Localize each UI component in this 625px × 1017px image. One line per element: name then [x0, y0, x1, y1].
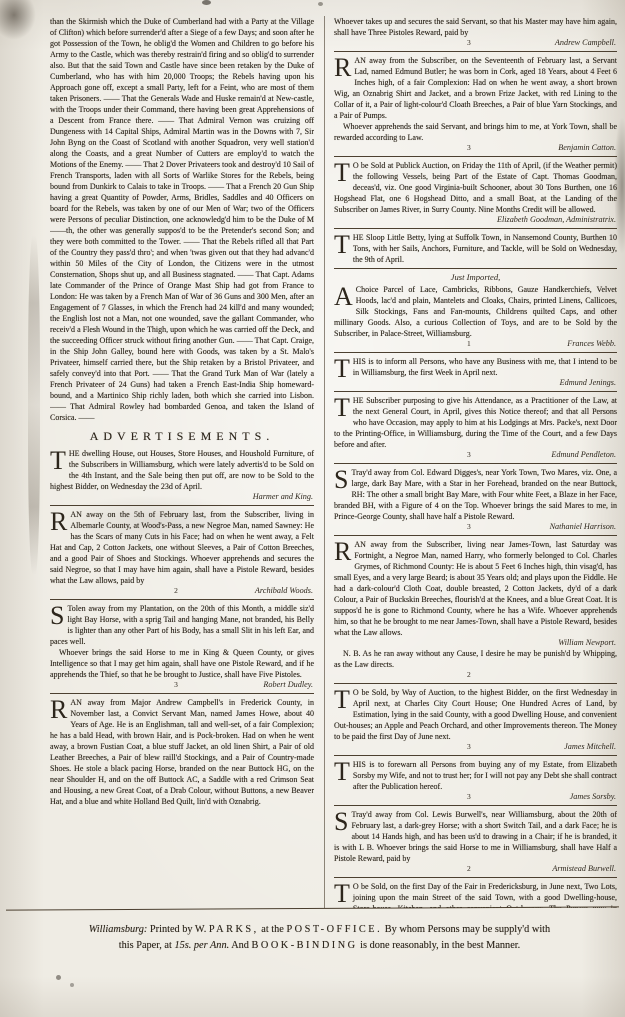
- ad-harmer-king: THE dwelling House, out Houses, Store Ho…: [50, 448, 314, 502]
- subscription-price: 15s.: [174, 940, 191, 951]
- ad-signature: Andrew Campbell.: [555, 38, 616, 48]
- drop-cap: T: [50, 449, 66, 472]
- right-column: Whoever takes up and secures the said Se…: [324, 16, 617, 908]
- scan-smudge-right-edge: [614, 118, 625, 253]
- ad-text: O be Sold at Publick Auction, on Friday …: [334, 161, 617, 214]
- ad-stolen-horse: STolen away from my Plantation, on the 2…: [50, 603, 314, 690]
- drop-cap: T: [334, 396, 350, 419]
- left-column: than the Skirmish which the Duke of Cumb…: [50, 16, 314, 908]
- ad-text: Whoever takes up and secures the said Se…: [334, 16, 617, 38]
- divider-rule: [334, 805, 617, 806]
- ad-charles-city-land: TO be Sold, by Way of Auction, to the hi…: [334, 687, 617, 752]
- ad-text: HIS is to inform all Persons, who have a…: [353, 357, 617, 377]
- ad-signature: Nathaniel Harrison.: [550, 522, 616, 532]
- drop-cap: S: [50, 604, 64, 627]
- ad-text-2: Whoever apprehends the said Servant, and…: [334, 121, 617, 143]
- ad-signature: Robert Dudley.: [263, 680, 313, 690]
- ad-text: Tray'd away from Col. Edward Digges's, n…: [334, 468, 617, 521]
- drop-cap: T: [334, 688, 350, 711]
- ad-signature: William Newport.: [558, 638, 616, 648]
- drop-cap: R: [334, 540, 351, 563]
- divider-rule: [334, 683, 617, 684]
- drop-cap: A: [334, 285, 353, 308]
- scan-smudge-ink-blot: [55, 495, 255, 547]
- drop-cap: T: [334, 760, 350, 783]
- ad-just-imported: Just Imported, AChoice Parcel of Lace, C…: [334, 272, 617, 349]
- divider-rule: [334, 268, 617, 269]
- scan-speck: [318, 2, 323, 6]
- ad-text: AN away from Major Andrew Campbell's in …: [50, 698, 314, 806]
- ad-text: O be Sold, by Way of Auction, to the hig…: [334, 688, 617, 741]
- divider-rule: [50, 693, 314, 694]
- advertisements-heading: ADVERTISEMENTS.: [50, 429, 314, 444]
- insertion-mark: 3: [467, 450, 471, 460]
- ad-text: Tolen away from my Plantation, on the 20…: [50, 604, 314, 646]
- drop-cap: T: [334, 882, 350, 905]
- just-imported-heading: Just Imported,: [334, 272, 617, 283]
- scan-speck: [202, 0, 211, 5]
- ad-strayed-digges: STray'd away from Col. Edward Digges's, …: [334, 467, 617, 532]
- imprint-city: Williamsburg:: [89, 924, 148, 935]
- newspaper-columns: than the Skirmish which the Duke of Cumb…: [50, 16, 617, 908]
- divider-rule: [50, 599, 314, 600]
- post-office-label: POST-OFFICE.: [286, 924, 382, 935]
- insertion-mark: 2: [467, 864, 471, 874]
- drop-cap: R: [50, 698, 67, 721]
- insertion-mark: 3: [467, 742, 471, 752]
- ad-goodman-auction: TO be Sold at Publick Auction, on Friday…: [334, 160, 617, 225]
- divider-rule: [334, 352, 617, 353]
- ad-text: Choice Parcel of Lace, Cambricks, Ribbon…: [334, 285, 617, 338]
- ad-signature: Benjamin Catton.: [558, 143, 616, 153]
- drop-cap: R: [334, 56, 351, 79]
- book-binding-label: BOOK-BINDING: [252, 940, 358, 951]
- drop-cap: S: [334, 468, 348, 491]
- divider-rule: [334, 156, 617, 157]
- ad-signature: Frances Webb.: [567, 339, 616, 349]
- ad-text: HE Sloop Little Betty, lying at Suffolk …: [353, 233, 617, 264]
- drop-cap: S: [334, 810, 348, 833]
- ad-nota-bene: N. B. As he ran away without any Cause, …: [334, 648, 617, 670]
- scan-speck: [70, 983, 74, 987]
- printer-name: PARKS,: [209, 924, 259, 935]
- ad-runaway-howe: RAN away from Major Andrew Campbell's in…: [50, 697, 314, 807]
- divider-rule: [334, 463, 617, 464]
- divider-rule: [334, 51, 617, 52]
- insertion-mark: 3: [467, 522, 471, 532]
- ad-text: AN away from the Subscriber, living near…: [334, 540, 617, 637]
- ad-runaway-butler: RAN away from the Subscriber, on the Sev…: [334, 55, 617, 153]
- insertion-mark: 3: [467, 143, 471, 153]
- insertion-mark: 1: [467, 339, 471, 349]
- ad-signature: James Mitchell.: [564, 742, 616, 752]
- ad-text: AN away from the Subscriber, on the Seve…: [334, 56, 617, 120]
- ad-text: HE Subscriber purposing to give his Atte…: [334, 396, 617, 449]
- ad-signature: Harmer and King.: [253, 492, 313, 502]
- ad-forewarn-sorsby: THIS is to forewarn all Persons from buy…: [334, 759, 617, 802]
- insertion-mark: 3: [467, 38, 471, 48]
- ad-runaway-harry: RAN away from the Subscriber, living nea…: [334, 539, 617, 680]
- ad-signature: Armistead Burwell.: [552, 864, 616, 874]
- ad-signature: Edmund Pendleton.: [551, 450, 616, 460]
- divider-rule: [334, 391, 617, 392]
- insertion-mark: 3: [174, 680, 178, 690]
- scan-smudge-top-left: [0, 0, 36, 40]
- divider-rule: [334, 755, 617, 756]
- news-continuation-paragraph: than the Skirmish which the Duke of Cumb…: [50, 16, 314, 423]
- divider-rule: [334, 877, 617, 878]
- divider-rule: [334, 228, 617, 229]
- ad-text-2: Whoever brings the said Horse to me in K…: [50, 647, 314, 680]
- insertion-mark: 2: [174, 586, 178, 596]
- imprint-line: Williamsburg: Printed by W. PARKS, at th…: [24, 922, 615, 953]
- drop-cap: T: [334, 233, 350, 256]
- divider-rule: [334, 535, 617, 536]
- ad-pendleton-notice: THE Subscriber purposing to give his Att…: [334, 395, 617, 460]
- ad-signature: James Sorsby.: [570, 792, 616, 802]
- drop-cap: T: [334, 357, 350, 380]
- ad-sloop-little-betty: THE Sloop Little Betty, lying at Suffolk…: [334, 232, 617, 265]
- scan-smudge-left-margin: [28, 235, 40, 575]
- ad-signature: Edmund Jenings.: [560, 378, 616, 388]
- scan-speck: [56, 975, 61, 980]
- ad-text: HE dwelling House, out Houses, Store Hou…: [50, 449, 314, 491]
- ad-text: HIS is to forewarn all Persons from buyi…: [353, 760, 617, 791]
- ad-signature: Elizabeth Goodman, Administratrix.: [497, 215, 616, 225]
- insertion-mark: 2: [467, 670, 471, 680]
- ad-continuation-campbell: Whoever takes up and secures the said Se…: [334, 16, 617, 48]
- ad-strayed-burwell: STray'd away from Col. Lewis Burwell's, …: [334, 809, 617, 874]
- ad-signature: Archibald Woods.: [255, 586, 313, 596]
- drop-cap: T: [334, 161, 350, 184]
- ad-text: Tray'd away from Col. Lewis Burwell's, n…: [334, 810, 617, 863]
- insertion-mark: 3: [467, 792, 471, 802]
- ad-text: O be Sold, on the first Day of the Fair …: [334, 882, 617, 908]
- ad-fredericksburg-lots: TO be Sold, on the first Day of the Fair…: [334, 881, 617, 908]
- ad-jenings-notice: THIS is to inform all Persons, who have …: [334, 356, 617, 388]
